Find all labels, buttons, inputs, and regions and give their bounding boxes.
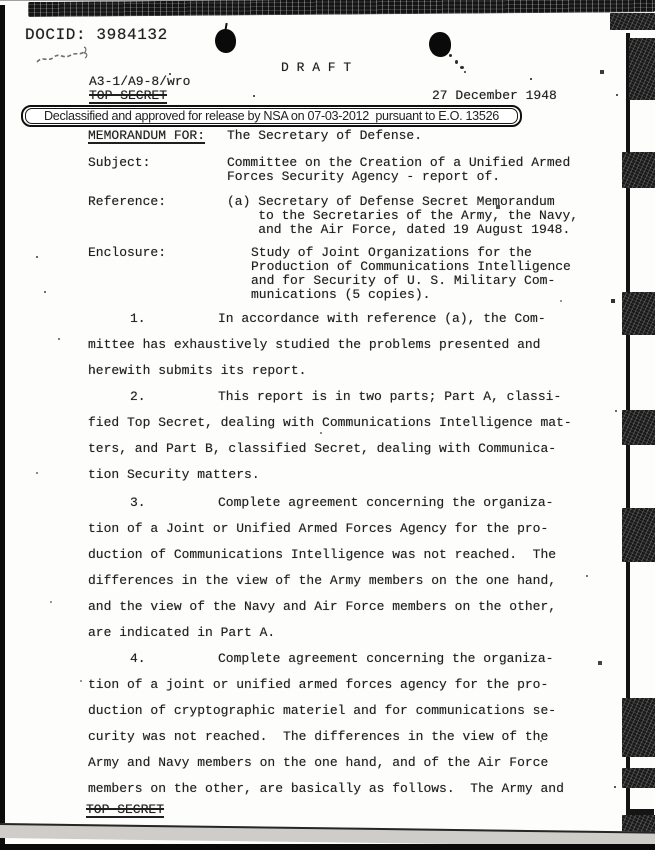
punch-trail-dot: [449, 54, 452, 57]
pencil-squiggle-mark: [34, 44, 94, 68]
body-paragraph-line: ters, and Part B, classified Secret, dea…: [88, 436, 556, 462]
body-paragraph-line: herewith submits its report.: [88, 358, 306, 384]
classification-stamp-footer: TOP SECRET: [86, 802, 164, 817]
body-paragraph-line: tion of a joint or unified armed forces …: [88, 672, 548, 698]
body-paragraph-line: members on the other, are basically as f…: [88, 776, 564, 802]
body-paragraph-line: fied Top Secret, dealing with Communicat…: [88, 410, 572, 436]
docid-number: 3984132: [96, 26, 167, 44]
paragraph-number: 3.: [130, 490, 218, 516]
scan-blotch: [622, 698, 655, 757]
reference-row: Reference: (a) Secretary of Defense Secr…: [88, 195, 578, 237]
punch-trail-dot: [455, 60, 458, 64]
paragraph-number: 1.: [130, 306, 218, 332]
declassification-banner-text: Declassified and approved for release by…: [25, 108, 518, 124]
enclosure-label: Enclosure:: [88, 246, 227, 302]
scan-blotch: [622, 410, 655, 445]
body-paragraph-line: tion Security matters.: [88, 462, 260, 488]
document-date: 27 December 1948: [432, 88, 557, 103]
scan-noise-specks: [0, 0, 2, 2]
scan-left-edge-artifact: [0, 5, 5, 850]
subject-row: Subject: Committee on the Creation of a …: [88, 156, 570, 184]
reference-value: (a) Secretary of Defense Secret Memorand…: [227, 195, 578, 237]
document-page: DOCID: 3984132 D R A F T A3-1/A9-8/wro T…: [0, 0, 655, 850]
scan-blotch: [622, 292, 655, 335]
body-paragraph-line: and the view of the Navy and Air Force m…: [88, 594, 556, 620]
scan-blotch: [629, 38, 655, 100]
body-paragraph-line: differences in the view of the Army memb…: [88, 568, 556, 594]
classification-stamp-top: TOP SECRET: [89, 88, 167, 103]
enclosure-value: Study of Joint Organizations for the Pro…: [251, 246, 571, 302]
scan-blotch: [622, 768, 655, 788]
file-reference: A3-1/A9-8/wro: [89, 74, 190, 89]
scan-top-bar-artifact: [28, 0, 655, 17]
body-paragraph-line: are indicated in Part A.: [88, 620, 275, 646]
subject-label: Subject:: [88, 156, 227, 184]
draft-label: D R A F T: [281, 60, 351, 75]
body-paragraph-line: mittee has exhaustively studied the prob…: [88, 332, 540, 358]
docid-text: DOCID: 3984132: [25, 26, 168, 44]
paragraph-number: 2.: [130, 384, 218, 410]
body-paragraph-line: curity was not reached. The differences …: [88, 724, 548, 750]
memorandum-for-row: MEMORANDUM FOR: The Secretary of Defense…: [88, 129, 422, 143]
punch-trail-dot: [460, 66, 464, 69]
enclosure-row: Enclosure: Study of Joint Organizations …: [88, 246, 571, 302]
body-paragraph-line: 2.This report is in two parts; Part A, c…: [88, 384, 561, 410]
body-paragraph-line: 4.Complete agreement concerning the orga…: [88, 646, 553, 672]
body-paragraph-line: duction of Communications Intelligence w…: [88, 542, 556, 568]
paragraph-number: 4.: [130, 646, 218, 672]
scan-bottom-edge-artifact: [0, 844, 655, 850]
body-paragraph-line: Army and Navy members on the one hand, a…: [88, 750, 548, 776]
hole-punch-icon: [429, 32, 451, 57]
declassification-banner: Declassified and approved for release by…: [21, 105, 522, 127]
memorandum-for-value: The Secretary of Defense.: [227, 129, 422, 143]
reference-label: Reference:: [88, 195, 227, 237]
body-paragraph-line: 3.Complete agreement concerning the orga…: [88, 490, 553, 516]
punch-trail-dot: [464, 71, 466, 73]
body-paragraph-line: tion of a Joint or Unified Armed Forces …: [88, 516, 548, 542]
scan-blotch: [622, 152, 655, 188]
scan-blotch: [610, 13, 655, 30]
body-paragraph-line: duction of cryptographic materiel and fo…: [88, 698, 556, 724]
body-paragraph-line: 1.In accordance with reference (a), the …: [88, 306, 546, 332]
hole-punch-icon: [215, 29, 236, 53]
memorandum-for-label: MEMORANDUM FOR:: [88, 129, 227, 143]
scan-blotch: [622, 508, 655, 562]
subject-value: Committee on the Creation of a Unified A…: [227, 156, 570, 184]
